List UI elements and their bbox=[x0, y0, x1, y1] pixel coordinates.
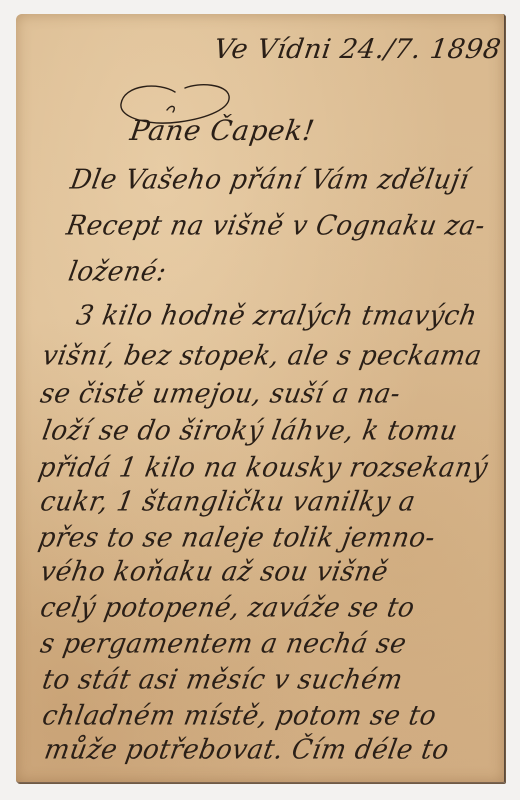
salutation: Pane Čapek! bbox=[128, 114, 317, 147]
letter-line: cukr, 1 štangličku vanilky a bbox=[38, 487, 418, 519]
paper-sheet: Ve Vídni 24./7. 1898 Pane Čapek! Dle Vaš… bbox=[16, 14, 505, 783]
letter-line: ložené: bbox=[66, 257, 169, 289]
scanned-letter: Ve Vídni 24./7. 1898 Pane Čapek! Dle Vaš… bbox=[0, 0, 520, 800]
letter-line: loží se do široký láhve, k tomu bbox=[40, 416, 460, 448]
letter-line: může potřebovat. Čím déle to bbox=[42, 735, 452, 767]
letter-line: Dle Vašeho přání Vám zdělují bbox=[68, 165, 472, 197]
letter-line: 3 kilo hodně zralých tmavých bbox=[74, 301, 480, 333]
letter-line: chladném místě, potom se to bbox=[40, 701, 439, 733]
letter-line: s pergamentem a nechá se bbox=[38, 629, 409, 661]
letter-line: to stát asi měsíc v suchém bbox=[40, 665, 405, 697]
letter-line: vého koňaku až sou višně bbox=[38, 557, 391, 589]
letter-line: přes to se naleje tolik jemno- bbox=[36, 523, 438, 555]
letter-line: Recept na višně v Cognaku za- bbox=[64, 211, 488, 243]
letter-line: višní, bez stopek, ale s peckama bbox=[40, 341, 484, 373]
date-line: Ve Vídni 24./7. 1898 bbox=[212, 34, 503, 65]
letter-line: se čistě umejou, suší a na- bbox=[38, 379, 403, 411]
letter-line: celý potopené, zaváže se to bbox=[38, 593, 417, 625]
letter-line: přidá 1 kilo na kousky rozsekaný bbox=[36, 453, 490, 485]
